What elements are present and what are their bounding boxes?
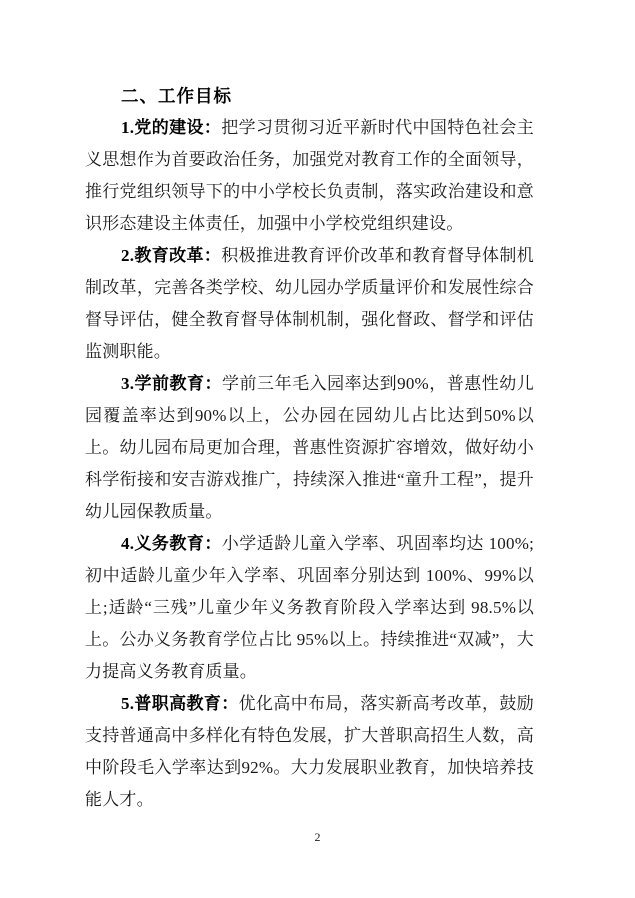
page-number: 2 — [0, 830, 635, 845]
paragraph-preschool-education: 3.学前教育：学前三年毛入园率达到90%，普惠性幼儿园覆盖率达到90%以上，公办… — [85, 368, 534, 528]
paragraph-label: 1.党的建设： — [121, 118, 221, 137]
paragraph-label: 5.普职高教育： — [121, 694, 239, 713]
paragraph-label: 4.义务教育： — [121, 534, 222, 553]
paragraph-education-reform: 2.教育改革：积极推进教育评价改革和教育督导体制机制改革，完善各类学校、幼儿园办… — [85, 240, 534, 368]
paragraph-label: 3.学前教育： — [121, 374, 222, 393]
section-heading: 二、工作目标 — [85, 80, 534, 112]
paragraph-compulsory-education: 4.义务教育：小学适龄儿童入学率、巩固率均达 100%;初中适龄儿童少年入学率、… — [85, 528, 534, 688]
document-content: 二、工作目标 1.党的建设：把学习贯彻习近平新时代中国特色社会主义思想作为首要政… — [85, 80, 534, 816]
paragraph-text: 学前三年毛入园率达到90%，普惠性幼儿园覆盖率达到90%以上，公办园在园幼儿占比… — [85, 374, 534, 521]
paragraph-high-school-vocational: 5.普职高教育：优化高中布局，落实新高考改革，鼓励支持普通高中多样化有特色发展，… — [85, 688, 534, 816]
paragraph-text: 小学适龄儿童入学率、巩固率均达 100%;初中适龄儿童少年入学率、巩固率分别达到… — [85, 534, 534, 681]
paragraph-label: 2.教育改革： — [121, 246, 221, 265]
paragraph-party-building: 1.党的建设：把学习贯彻习近平新时代中国特色社会主义思想作为首要政治任务，加强党… — [85, 112, 534, 240]
document-page: 二、工作目标 1.党的建设：把学习贯彻习近平新时代中国特色社会主义思想作为首要政… — [0, 0, 635, 898]
